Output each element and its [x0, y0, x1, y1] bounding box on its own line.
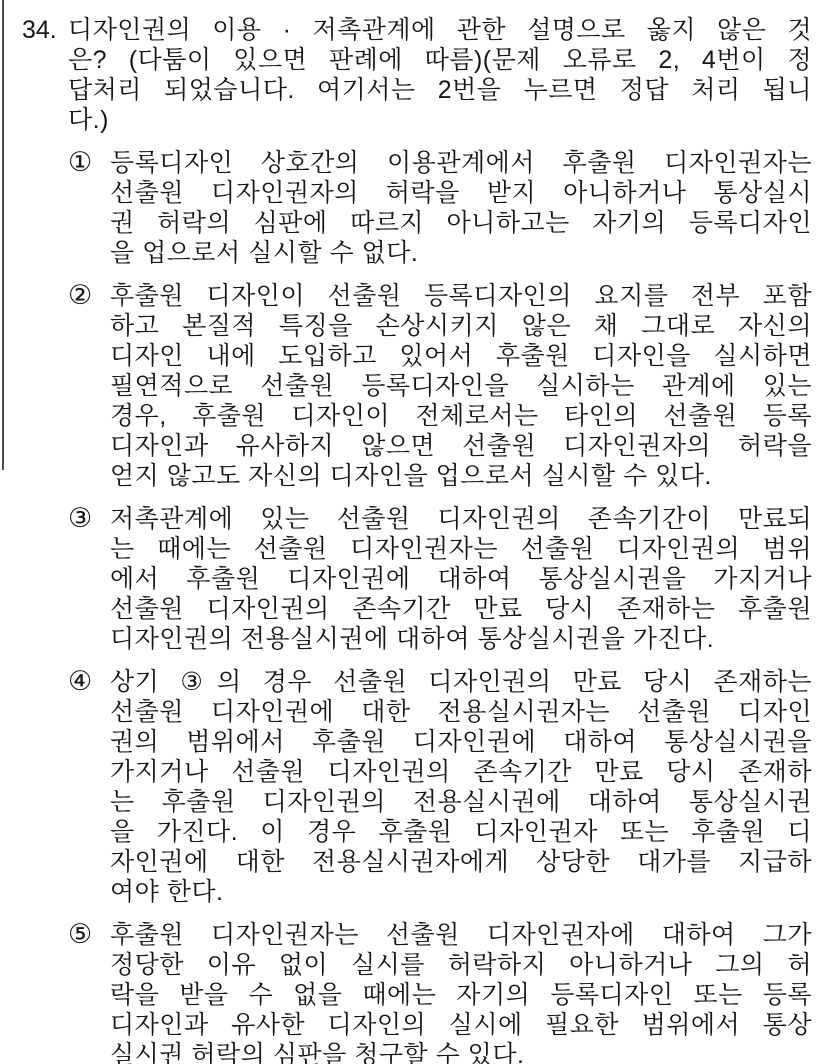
option-3-text: 저촉관계에 있는 선출원 디자인권의 존속기간이 만료되는 때에는 선출원 디자…: [110, 504, 812, 654]
text-line: 상기 ③의 경우 선출원 디자인권의 만료 당시 존재하는: [110, 667, 812, 697]
text-line: 선출원 디자인권에 대한 전용실시권자는 선출원 디자인: [110, 697, 812, 727]
text-line: 디자인권의 이용 · 저촉관계에 관한 설명으로 옳지 않은 것: [68, 15, 812, 45]
option-1-text: 등록디자인 상호간의 이용관계에서 후출원 디자인권자는선출원 디자인권자의 허…: [110, 148, 812, 268]
text-line: 은? (다툼이 있으면 판례에 따름)(문제 오류로 2, 4번이 정: [68, 45, 812, 75]
text-line: 에서 후출원 디자인권에 대하여 통상실시권을 가지거나: [110, 564, 812, 594]
text-line: 디자인권의 전용실시권에 대하여 통상실시권을 가진다.: [110, 624, 812, 654]
text-line: 디자인과 유사한 디자인의 실시에 필요한 범위에서 통상: [110, 1010, 812, 1040]
question-34: 34. 디자인권의 이용 · 저촉관계에 관한 설명으로 옳지 않은 것은? (…: [68, 15, 812, 135]
question-number: 34.: [22, 15, 57, 45]
text-line: 정당한 이유 없이 실시를 허락하지 아니하거나 그의 허: [110, 950, 812, 980]
option-5-text: 후출원 디자인권자는 선출원 디자인권자에 대하여 그가정당한 이유 없이 실시…: [110, 920, 812, 1064]
option-3-circled-number: ③: [68, 503, 92, 533]
text-line: 자인권에 대한 전용실시권자에게 상당한 대가를 지급하: [110, 847, 812, 877]
text-line: 디자인과 유사하지 않으면 선출원 디자인권자의 허락을: [110, 431, 812, 461]
text-line: 등록디자인 상호간의 이용관계에서 후출원 디자인권자는: [110, 148, 812, 178]
exam-question-page: 34. 디자인권의 이용 · 저촉관계에 관한 설명으로 옳지 않은 것은? (…: [0, 0, 826, 1064]
text-line: 다.): [68, 105, 812, 135]
question-text: 디자인권의 이용 · 저촉관계에 관한 설명으로 옳지 않은 것은? (다툼이 …: [68, 15, 812, 135]
text-line: 여야 한다.: [110, 877, 812, 907]
option-1-circled-number: ①: [68, 147, 92, 177]
text-line: 가지거나 선출원 디자인권의 존속기간 만료 당시 존재하: [110, 757, 812, 787]
answer-option-1[interactable]: ①등록디자인 상호간의 이용관계에서 후출원 디자인권자는선출원 디자인권자의 …: [110, 148, 812, 268]
options-list: ①등록디자인 상호간의 이용관계에서 후출원 디자인권자는선출원 디자인권자의 …: [0, 148, 826, 1064]
text-line: 후출원 디자인이 선출원 등록디자인의 요지를 전부 포함: [110, 281, 812, 311]
text-line: 후출원 디자인권자는 선출원 디자인권자에 대하여 그가: [110, 920, 812, 950]
option-2-text: 후출원 디자인이 선출원 등록디자인의 요지를 전부 포함하고 본질적 특징을 …: [110, 281, 812, 491]
option-2-circled-number: ②: [68, 280, 92, 310]
text-line: 락을 받을 수 없을 때에는 자기의 등록디자인 또는 등록: [110, 980, 812, 1010]
option-4-text: 상기 ③의 경우 선출원 디자인권의 만료 당시 존재하는선출원 디자인권에 대…: [110, 667, 812, 907]
text-line: 권의 범위에서 후출원 디자인권에 대하여 통상실시권을: [110, 727, 812, 757]
text-line: 디자인 내에 도입하고 있어서 후출원 디자인을 실시하면: [110, 341, 812, 371]
text-line: 얻지 않고도 자신의 디자인을 업으로서 실시할 수 있다.: [110, 461, 812, 491]
text-line: 는 때에는 선출원 디자인권자는 선출원 디자인권의 범위: [110, 534, 812, 564]
text-line: 선출원 디자인권자의 허락을 받지 아니하거나 통상실시: [110, 178, 812, 208]
text-line: 권 허락의 심판에 따르지 아니하고는 자기의 등록디자인: [110, 208, 812, 238]
text-line: 경우, 후출원 디자인이 전체로서는 타인의 선출원 등록: [110, 401, 812, 431]
text-line: 필연적으로 선출원 등록디자인을 실시하는 관계에 있는: [110, 371, 812, 401]
option-4-circled-number: ④: [68, 666, 92, 696]
text-line: 을 업으로서 실시할 수 없다.: [110, 238, 812, 268]
text-line: 을 가진다. 이 경우 후출원 디자인권자 또는 후출원 디: [110, 817, 812, 847]
answer-option-4[interactable]: ④상기 ③의 경우 선출원 디자인권의 만료 당시 존재하는선출원 디자인권에 …: [110, 667, 812, 907]
text-line: 실시권 허락의 심판을 청구할 수 있다.: [110, 1040, 812, 1064]
answer-option-3[interactable]: ③저촉관계에 있는 선출원 디자인권의 존속기간이 만료되는 때에는 선출원 디…: [110, 504, 812, 654]
question-content: 34. 디자인권의 이용 · 저촉관계에 관한 설명으로 옳지 않은 것은? (…: [0, 15, 826, 1064]
text-line: 답처리 되었습니다. 여기서는 2번을 누르면 정답 처리 됩니: [68, 75, 812, 105]
option-5-circled-number: ⑤: [68, 919, 92, 949]
text-line: 저촉관계에 있는 선출원 디자인권의 존속기간이 만료되: [110, 504, 812, 534]
answer-option-5[interactable]: ⑤후출원 디자인권자는 선출원 디자인권자에 대하여 그가정당한 이유 없이 실…: [110, 920, 812, 1064]
text-line: 하고 본질적 특징을 손상시키지 않은 채 그대로 자신의: [110, 311, 812, 341]
text-line: 선출원 디자인권의 존속기간 만료 당시 존재하는 후출원: [110, 594, 812, 624]
text-line: 는 후출원 디자인권의 전용실시권에 대하여 통상실시권: [110, 787, 812, 817]
answer-option-2[interactable]: ②후출원 디자인이 선출원 등록디자인의 요지를 전부 포함하고 본질적 특징을…: [110, 281, 812, 491]
